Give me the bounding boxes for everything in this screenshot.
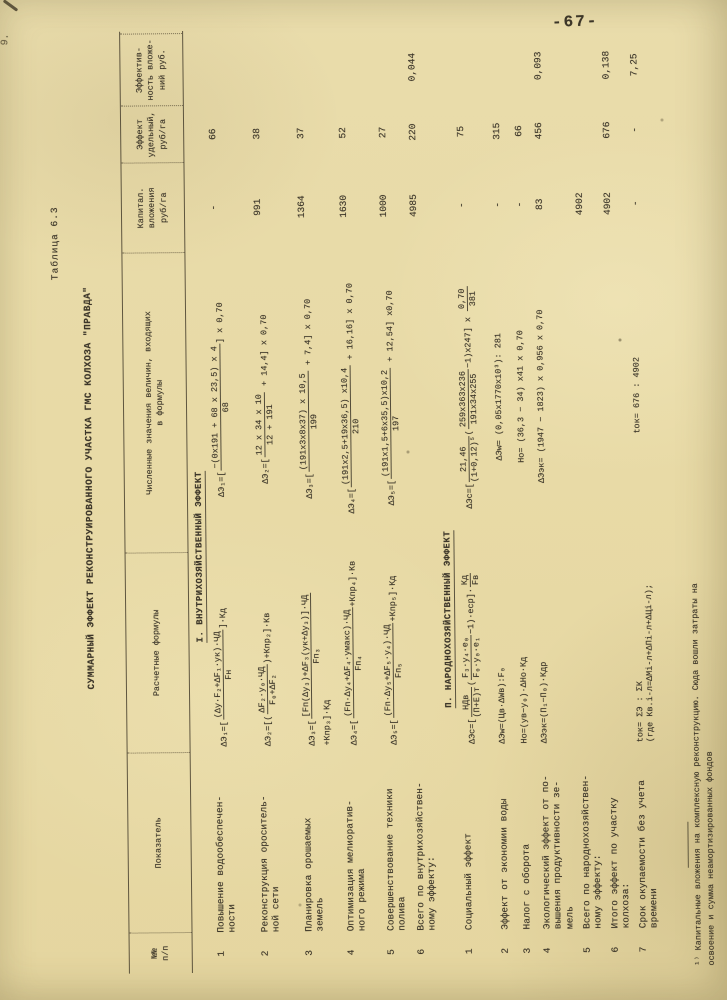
indicator-cell: Всего по народнохозяйствен- ному эффекту… bbox=[577, 749, 605, 929]
indicator-cell: Совершенствование техники полива bbox=[381, 751, 409, 931]
row-number-cell: 2 bbox=[497, 930, 512, 970]
capital-cell: 83 bbox=[530, 159, 545, 249]
table-header-row: №№ п/п Показатель Расчетные формулы Числ… bbox=[119, 31, 193, 974]
effect-cell: 220 bbox=[404, 104, 419, 161]
efficiency-cell: 0,044 bbox=[403, 31, 418, 104]
formula-cell: ΔЭс=[НДв(П+Е)т(F₃·у₄·е₀F₀·у₀·е₁−1)·еср]·… bbox=[457, 550, 483, 750]
effect-cell: 315 bbox=[488, 103, 503, 160]
formula-cell: ΔЭ₂=[(ΔF₂·у₀·ЧДF₀+ΔF₂)+Кпр₂]·Кв bbox=[253, 552, 279, 752]
document-title: СУММАРНЫЙ ЭФФЕКТ РЕКОНСТРУИРОВАННОГО УЧА… bbox=[79, 28, 100, 978]
capital-cell: - bbox=[510, 159, 525, 249]
column-header-formulas: Расчетные формулы bbox=[126, 553, 190, 754]
calc-cell: ΔЭ₁=[−(0х191 + 68 х 23,5) х 468] х 0,70 bbox=[205, 253, 233, 553]
calc-cell: Но= (36,3 − 34) х41 х 0,70 bbox=[511, 249, 527, 549]
footnote: ¹⁾ Капитальные вложения на комплексную р… bbox=[667, 26, 718, 968]
pencil-corner-mark: 9. bbox=[0, 33, 12, 46]
row-number-cell: 2 bbox=[257, 932, 272, 972]
effect-cell: 66 bbox=[204, 106, 219, 163]
formula-cell: Но=(ув−у₀)·ΔНо·Кд bbox=[515, 549, 530, 749]
indicator-cell: Повышение водообеспечен- ности bbox=[211, 753, 239, 933]
indicator-cell: Социальный эффект bbox=[459, 750, 475, 930]
row-number-cell: 3 bbox=[519, 929, 534, 969]
footnote-text: ¹⁾ Капитальные вложения на комплексную р… bbox=[690, 583, 716, 966]
row-number-cell: 6 bbox=[607, 929, 622, 969]
calc-cell: ΔЭ₄=[(191х2,5+19х36,5) х10,4210 + 16,16]… bbox=[335, 251, 363, 551]
effect-cell: 75 bbox=[452, 103, 467, 160]
indicator-cell: Эффект от экономии воды bbox=[495, 750, 511, 930]
capital-cell: 4902 bbox=[598, 159, 613, 249]
capital-cell: - bbox=[488, 160, 503, 250]
row-number-cell: 6 bbox=[413, 931, 428, 971]
formula-cell: ΔЭэк=(П₁−П₀)·Кдр bbox=[535, 549, 550, 749]
calc-cell: ΔЭэк= (1947 − 1823) х 0,956 х 0,70 bbox=[531, 249, 547, 549]
formula-cell: tок= ΣЭ : ΣК(где Кв.i-л=ΔМi-л+ΔПi-л+ΔЦi-… bbox=[631, 548, 656, 748]
pencil-mark bbox=[3, 0, 19, 12]
effect-cell: - bbox=[626, 101, 641, 158]
efficiency-cell bbox=[569, 29, 573, 102]
efficiency-cell: 7,25 bbox=[625, 28, 640, 101]
rotated-table-block: Таблица 6.3 СУММАРНЫЙ ЭФФЕКТ РЕКОНСТРУИР… bbox=[45, 22, 715, 979]
calc-cell: ΔЭ₅=[(191х1,5+6х35,5)х10,2197 + 12,54] х… bbox=[375, 251, 403, 551]
row-number-cell: 4 bbox=[539, 929, 554, 969]
efficiency-cell bbox=[487, 30, 491, 103]
indicator-cell: Налог с оборота bbox=[517, 749, 533, 929]
efficiency-cell bbox=[247, 32, 251, 105]
efficiency-cell bbox=[203, 33, 207, 106]
indicator-cell: Планировка орошаемых земель bbox=[299, 752, 327, 932]
summary-effect-table: №№ п/п Показатель Расчетные формулы Числ… bbox=[119, 26, 718, 974]
effect-cell: 27 bbox=[374, 104, 389, 161]
capital-cell: - bbox=[452, 160, 467, 250]
efficiency-cell bbox=[451, 30, 455, 103]
calc-cell: ΔЭс=[21,46(1+0,12)⁵(259х363х236191х34х25… bbox=[453, 250, 481, 550]
efficiency-cell bbox=[373, 31, 377, 104]
column-header-values: Численные значения величин, входящих в ф… bbox=[122, 253, 187, 554]
capital-cell: 4985 bbox=[404, 161, 419, 251]
row-number-cell: 1 bbox=[461, 930, 476, 970]
capital-cell: 1000 bbox=[374, 161, 389, 251]
effect-cell: 37 bbox=[292, 105, 307, 162]
effect-cell: 38 bbox=[248, 105, 263, 162]
efficiency-cell bbox=[509, 30, 513, 103]
column-header-effect: Эффект удельный, руб/га bbox=[121, 106, 184, 164]
efficiency-cell bbox=[333, 31, 337, 104]
formula-cell: ΔЭ₅=[(Fп·Δу₅+ΔF₅·у₄)·ЧДFп₅+Кпр₅]·Кд bbox=[379, 551, 405, 751]
row-number-cell: 3 bbox=[301, 932, 316, 972]
column-header-capital: Капитал. вложения руб/га bbox=[121, 163, 184, 254]
row-number-cell: 5 bbox=[579, 929, 594, 969]
row-number-cell: 4 bbox=[343, 931, 358, 971]
row-number-cell: 5 bbox=[383, 931, 398, 971]
effect-cell: 66 bbox=[510, 102, 525, 159]
effect-cell: 676 bbox=[598, 102, 613, 159]
efficiency-cell: 0,138 bbox=[597, 29, 612, 102]
formula-cell: ΔЭ₁=[(Δу·F₂+ΔF₁·ук)·ЧДFн]·Кд bbox=[209, 553, 235, 753]
formula-cell: ΔЭw=(Цв·ΔWв):F₀ bbox=[493, 550, 508, 750]
column-header-indicator: Показатель bbox=[128, 753, 192, 934]
indicator-cell: Реконструкция ороситель- ной сети bbox=[255, 752, 283, 932]
footnote-rule bbox=[688, 822, 689, 868]
capital-cell: 991 bbox=[248, 162, 263, 252]
capital-cell: - bbox=[204, 163, 219, 253]
formula-cell: ΔЭ₄=[(Fп·Δу₄+ΔF₄·умакс)·ЧДFп₄+Кпр₄]·Кв bbox=[339, 551, 365, 751]
capital-cell: 1630 bbox=[334, 161, 349, 251]
indicator-cell: Экологический эффект от по- вышения прод… bbox=[537, 749, 576, 929]
capital-cell: - bbox=[626, 158, 641, 248]
indicator-cell: Оптимизация мелиоратив- ного режима bbox=[341, 751, 369, 931]
indicator-cell: Всего по внутрихозяйствен- ному эффекту: bbox=[411, 750, 439, 930]
calc-cell: ΔЭw= (0,05х1770х10³): 281 bbox=[489, 250, 505, 550]
capital-cell: 1364 bbox=[292, 162, 307, 252]
indicator-cell: Итого эффект по участку колхоза: bbox=[605, 748, 633, 928]
calc-cell: tок= 676 : 4902 bbox=[627, 248, 643, 548]
formula-cell: ΔЭ₃=[[Fп(Δу₃)+ΔF₃(ук+Δу₃)]·ЧДFп₃+Кпр₃]·К… bbox=[297, 552, 334, 752]
row-number-cell: 7 bbox=[634, 928, 649, 968]
effect-cell: 52 bbox=[334, 104, 349, 161]
calc-cell: ΔЭ₃=[(191х3х8х37) х 10,5199 + 7,4] х 0,7… bbox=[293, 252, 321, 552]
calc-cell: ΔЭ₂=[12 х 34 х 1012 + 191 + 14,4] х 0,70 bbox=[249, 252, 277, 552]
table-caption: Таблица 6.3 bbox=[49, 206, 61, 280]
effect-cell: 456 bbox=[530, 102, 545, 159]
scanned-page: 9. -67- Таблица 6.3 СУММАРНЫЙ ЭФФЕКТ РЕК… bbox=[0, 0, 727, 1000]
efficiency-cell bbox=[291, 32, 295, 105]
column-header-efficiency: Эффектив- ность вложе- ний руб. bbox=[120, 33, 183, 107]
indicator-cell: Срок окупаемости без учета времени bbox=[633, 748, 661, 928]
effect-cell bbox=[570, 102, 574, 159]
capital-cell: 4902 bbox=[570, 159, 585, 249]
efficiency-cell: 0,093 bbox=[529, 29, 544, 102]
row-number-cell: 1 bbox=[213, 933, 228, 973]
column-header-num: №№ п/п bbox=[130, 933, 192, 974]
